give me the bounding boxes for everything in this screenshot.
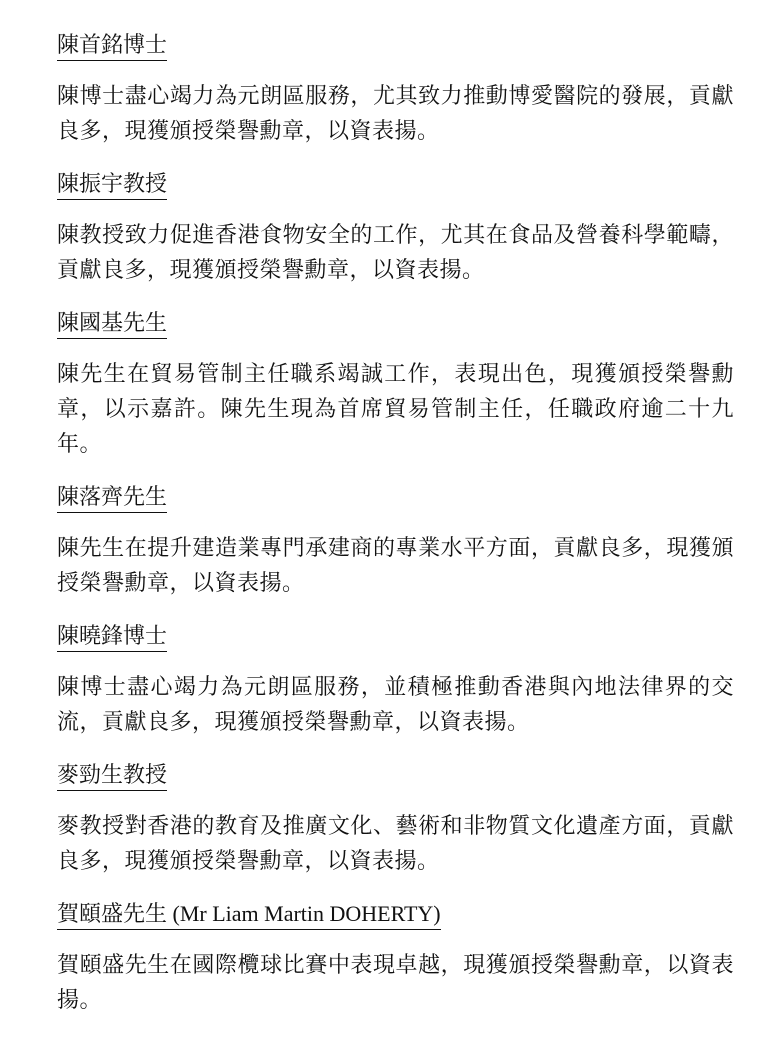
recipient-name: 賀頤盛先生 (Mr Liam Martin DOHERTY) <box>57 900 441 930</box>
recipient-name-heading: 陳國基先生 <box>57 309 734 339</box>
recipient-name: 陳國基先生 <box>57 309 167 339</box>
citation-paragraph: 陳教授致力促進香港食物安全的工作，尤其在食品及營養科學範疇，貢獻良多，現獲頒授榮… <box>57 217 734 287</box>
honour-section: 陳曉鋒博士 陳博士盡心竭力為元朗區服務，並積極推動香港與內地法律界的交流，貢獻良… <box>57 622 734 739</box>
honour-section: 麥勁生教授 麥教授對香港的教育及推廣文化、藝術和非物質文化遺產方面，貢獻良多，現… <box>57 761 734 878</box>
honour-section: 陳國基先生 陳先生在貿易管制主任職系竭誠工作，表現出色，現獲頒授榮譽勳章，以示嘉… <box>57 309 734 461</box>
recipient-name: 麥勁生教授 <box>57 761 167 791</box>
recipient-name-heading: 麥勁生教授 <box>57 761 734 791</box>
recipient-name-heading: 陳首銘博士 <box>57 31 734 61</box>
recipient-name-heading: 賀頤盛先生 (Mr Liam Martin DOHERTY) <box>57 900 734 930</box>
citation-paragraph: 麥教授對香港的教育及推廣文化、藝術和非物質文化遺產方面，貢獻良多，現獲頒授榮譽勳… <box>57 808 734 878</box>
recipient-name-heading: 陳曉鋒博士 <box>57 622 734 652</box>
citation-paragraph: 陳博士盡心竭力為元朗區服務，並積極推動香港與內地法律界的交流，貢獻良多，現獲頒授… <box>57 669 734 739</box>
honour-section: 陳振宇教授 陳教授致力促進香港食物安全的工作，尤其在食品及營養科學範疇，貢獻良多… <box>57 170 734 287</box>
recipient-name: 陳振宇教授 <box>57 170 167 200</box>
recipient-name: 陳落齊先生 <box>57 483 167 513</box>
citation-paragraph: 陳先生在提升建造業專門承建商的專業水平方面，貢獻良多，現獲頒授榮譽勳章，以資表揚… <box>57 530 734 600</box>
recipient-name-heading: 陳落齊先生 <box>57 483 734 513</box>
citation-paragraph: 陳博士盡心竭力為元朗區服務，尤其致力推動博愛醫院的發展，貢獻良多，現獲頒授榮譽勳… <box>57 78 734 148</box>
citation-paragraph: 賀頤盛先生在國際欖球比賽中表現卓越，現獲頒授榮譽勳章，以資表揚。 <box>57 947 734 1017</box>
recipient-name: 陳首銘博士 <box>57 31 167 61</box>
recipient-name: 陳曉鋒博士 <box>57 622 167 652</box>
citation-paragraph: 陳先生在貿易管制主任職系竭誠工作，表現出色，現獲頒授榮譽勳章，以示嘉許。陳先生現… <box>57 356 734 461</box>
recipient-name-heading: 陳振宇教授 <box>57 170 734 200</box>
honour-section: 陳落齊先生 陳先生在提升建造業專門承建商的專業水平方面，貢獻良多，現獲頒授榮譽勳… <box>57 483 734 600</box>
document-page: 陳首銘博士 陳博士盡心竭力為元朗區服務，尤其致力推動博愛醫院的發展，貢獻良多，現… <box>0 0 758 1043</box>
honour-section: 陳首銘博士 陳博士盡心竭力為元朗區服務，尤其致力推動博愛醫院的發展，貢獻良多，現… <box>57 31 734 148</box>
honour-section: 賀頤盛先生 (Mr Liam Martin DOHERTY) 賀頤盛先生在國際欖… <box>57 900 734 1017</box>
